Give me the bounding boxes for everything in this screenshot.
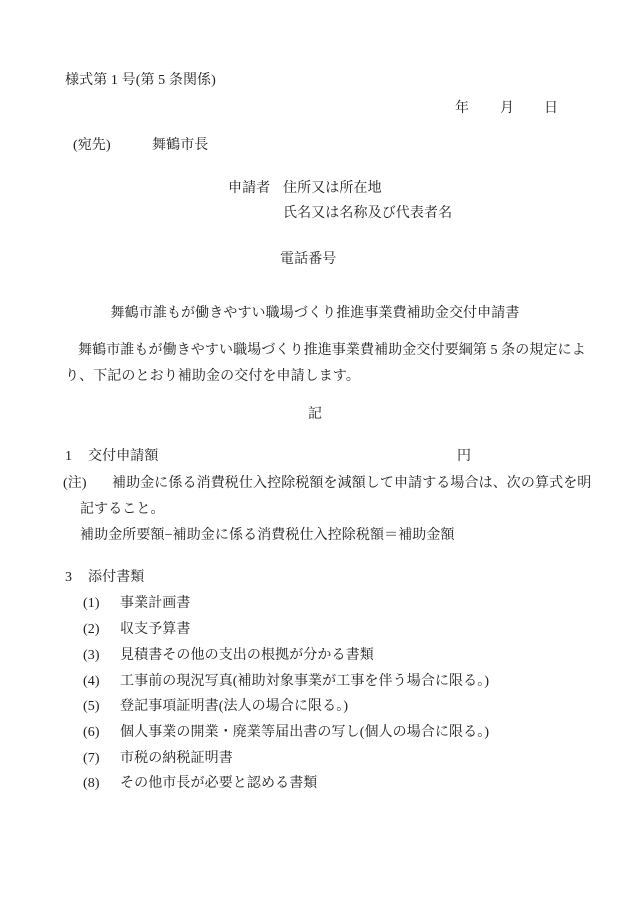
attachment-item-text: 見積書その他の支出の根拠が分かる書類 bbox=[120, 649, 374, 663]
date-day-label: 日 bbox=[544, 102, 558, 116]
form-number: 様式第 1 号(第 5 条関係) bbox=[65, 74, 216, 88]
note-formula: 補助金所要額−補助金に係る消費税仕入控除税額＝補助金額 bbox=[80, 529, 455, 543]
note-line1: 補助金に係る消費税仕入控除税額を減額して申請する場合は、次の算式を明 bbox=[112, 477, 591, 491]
addressee-prefix: (宛先) bbox=[73, 139, 111, 153]
applicant-name-label: 氏名又は名称及び代表者名 bbox=[283, 207, 452, 221]
applicant-phone-label: 電話番号 bbox=[280, 253, 336, 267]
attachment-item-number: (1) bbox=[83, 597, 100, 611]
attachment-item-text: 登記事項証明書(法人の場合に限る。) bbox=[120, 700, 348, 714]
addressee-name: 舞鶴市長 bbox=[152, 139, 208, 153]
attachment-item-number: (5) bbox=[83, 700, 100, 714]
section3-label: 添付書類 bbox=[88, 571, 144, 585]
document-title: 舞鶴市誰もが働きやすい職場づくり推進事業費補助金交付申請書 bbox=[0, 307, 630, 321]
attachment-item-number: (4) bbox=[83, 675, 100, 689]
attachment-item-text: 市税の納税証明書 bbox=[120, 752, 233, 766]
attachment-item-number: (6) bbox=[83, 726, 100, 740]
attachment-item-text: その他市長が必要と認める書類 bbox=[120, 777, 317, 791]
note-line2: 記すること。 bbox=[80, 503, 165, 517]
attachment-item-number: (7) bbox=[83, 752, 100, 766]
date-year-label: 年 bbox=[455, 102, 469, 116]
body-paragraph-line1: 舞鶴市誰もが働きやすい職場づくり推進事業費補助金交付要綱第 5 条の規定によ bbox=[78, 344, 586, 358]
amount-unit-label: 円 bbox=[457, 450, 471, 464]
date-month-label: 月 bbox=[500, 102, 514, 116]
attachment-item-number: (3) bbox=[83, 649, 100, 663]
record-marker: 記 bbox=[0, 408, 630, 422]
attachment-item-text: 工事前の現況写真(補助対象事業が工事を伴う場合に限る。) bbox=[120, 675, 489, 689]
body-paragraph-line2: り、下記のとおり補助金の交付を申請します。 bbox=[65, 370, 360, 384]
section1-label: 交付申請額 bbox=[88, 450, 159, 464]
applicant-label: 申請者 bbox=[228, 182, 270, 196]
application-form-document: 様式第 1 号(第 5 条関係) 年 月 日 (宛先) 舞鶴市長 申請者 住所又… bbox=[0, 0, 630, 903]
section3-number: 3 bbox=[65, 571, 72, 585]
attachment-item-text: 事業計画書 bbox=[120, 597, 191, 611]
attachment-item-text: 収支予算書 bbox=[120, 623, 191, 637]
attachment-item-number: (2) bbox=[83, 623, 100, 637]
note-label: (注) bbox=[63, 477, 87, 491]
attachment-item-text: 個人事業の開業・廃業等届出書の写し(個人の場合に限る。) bbox=[120, 726, 489, 740]
section1-number: 1 bbox=[65, 450, 72, 464]
applicant-address-label: 住所又は所在地 bbox=[283, 182, 382, 196]
attachment-item-number: (8) bbox=[83, 777, 100, 791]
